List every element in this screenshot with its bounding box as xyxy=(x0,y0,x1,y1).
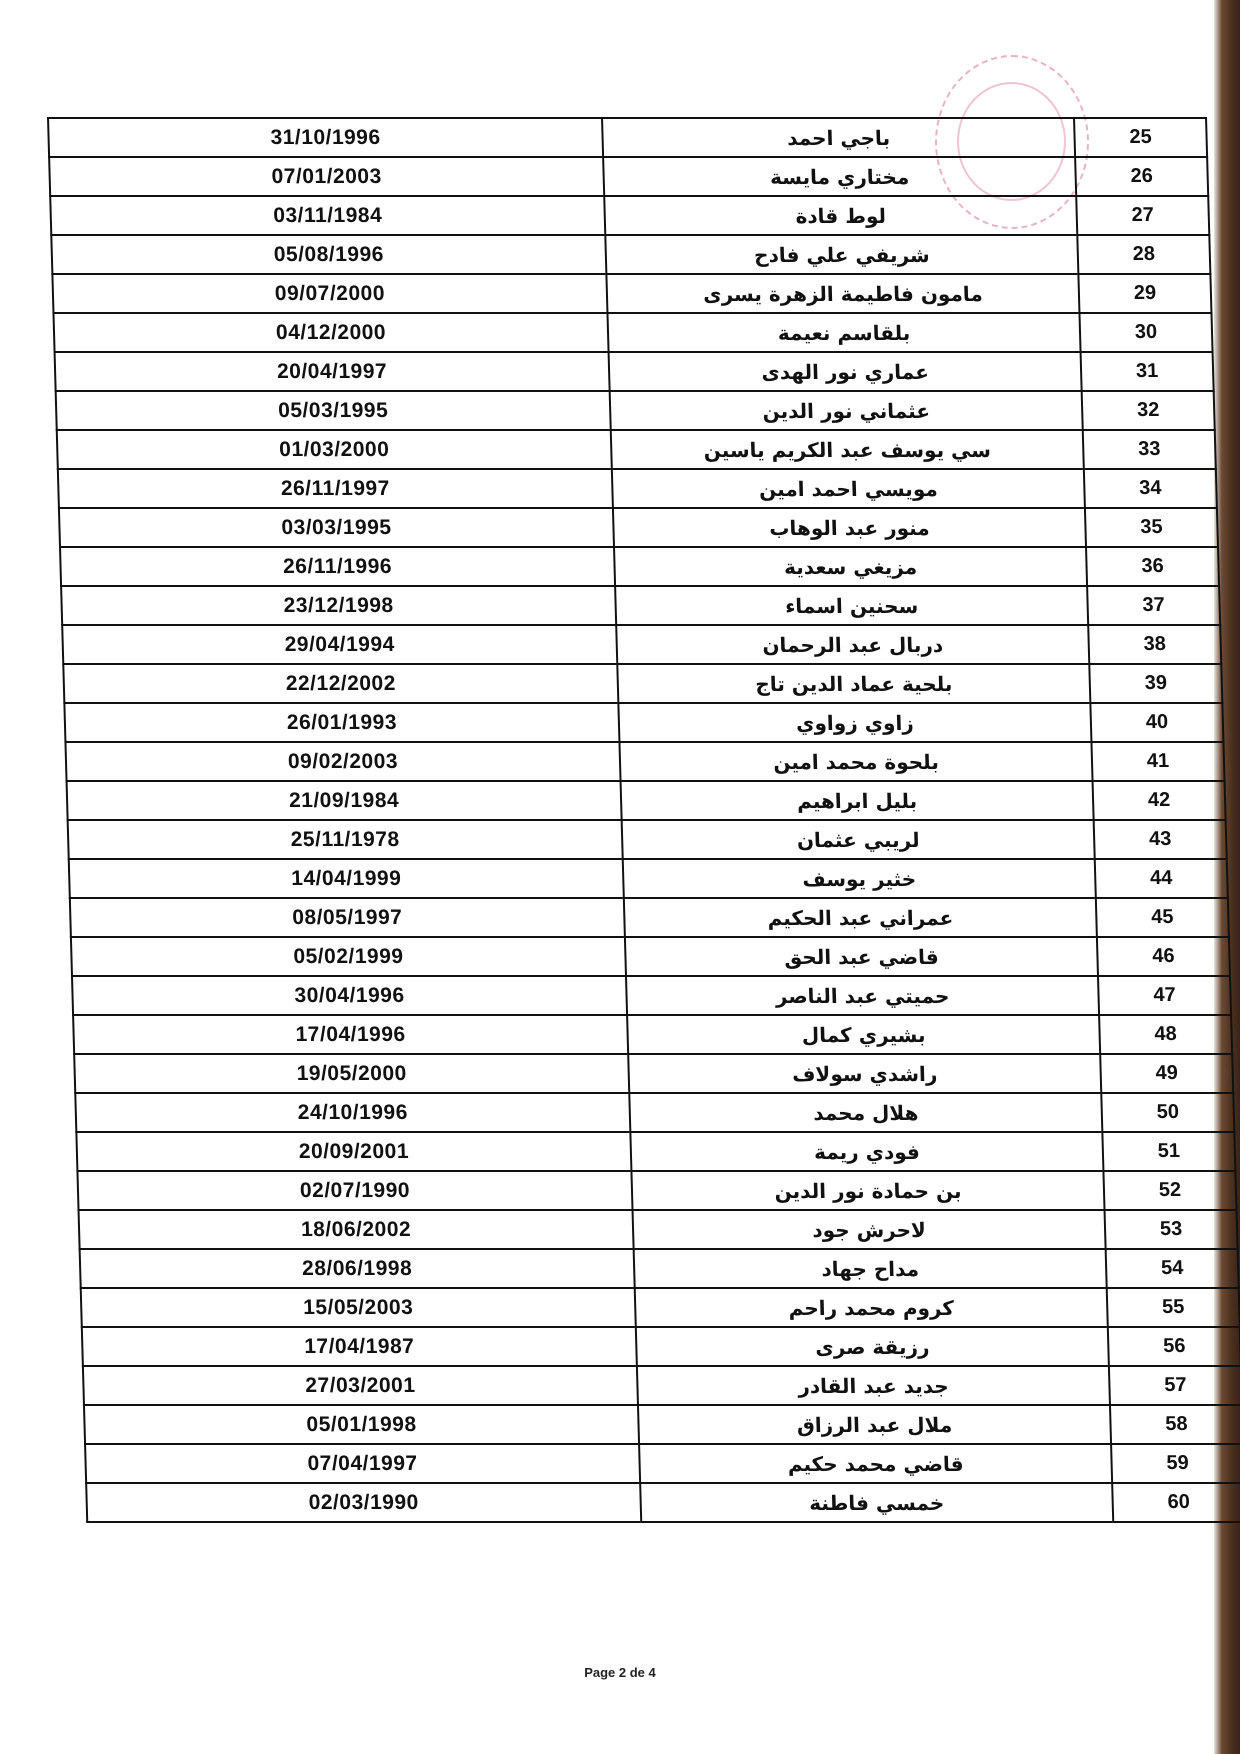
row-number: 42 xyxy=(1093,781,1226,820)
table-row: 42بليل ابراهيم21/09/1984 xyxy=(67,781,1226,820)
row-number: 36 xyxy=(1086,547,1219,586)
table-row: 31عماري نور الهدى20/04/1997 xyxy=(55,352,1214,391)
table-row: 58ملال عبد الرزاق05/01/1998 xyxy=(84,1405,1240,1444)
birth-date: 03/03/1995 xyxy=(59,508,614,547)
page-footer: Page 2 de 4 xyxy=(0,1665,1240,1680)
table-row: 57جديد عبد القادر27/03/2001 xyxy=(83,1366,1240,1405)
person-name: سي يوسف عبد الكريم ياسين xyxy=(611,430,1084,469)
birth-date: 05/08/1996 xyxy=(51,235,606,274)
birth-date: 20/04/1997 xyxy=(55,352,610,391)
row-number: 41 xyxy=(1091,742,1224,781)
person-name: حميتي عبد الناصر xyxy=(626,976,1099,1015)
person-name: خمسي فاطنة xyxy=(640,1483,1113,1522)
person-name: رزيقة صرى xyxy=(636,1327,1109,1366)
table-row: 35منور عبد الوهاب03/03/1995 xyxy=(59,508,1218,547)
row-number: 27 xyxy=(1076,196,1209,235)
person-name: مختاري مايسة xyxy=(603,157,1076,196)
row-number: 39 xyxy=(1089,664,1222,703)
row-number: 56 xyxy=(1108,1327,1240,1366)
names-table: 25باجي احمد31/10/199626مختاري مايسة07/01… xyxy=(47,117,1240,1523)
table-row: 50هلال محمد24/10/1996 xyxy=(75,1093,1234,1132)
row-number: 53 xyxy=(1105,1210,1238,1249)
row-number: 43 xyxy=(1094,820,1227,859)
row-number: 30 xyxy=(1079,313,1212,352)
person-name: عمراني عبد الحكيم xyxy=(624,898,1097,937)
birth-date: 23/12/1998 xyxy=(61,586,616,625)
table-row: 36مزيغي سعدية26/11/1996 xyxy=(60,547,1219,586)
row-number: 25 xyxy=(1074,118,1207,157)
table-row: 37سحنين اسماء23/12/1998 xyxy=(61,586,1220,625)
row-number: 37 xyxy=(1087,586,1220,625)
table-row: 46قاضي عبد الحق05/02/1999 xyxy=(71,937,1230,976)
person-name: قاضي محمد حكيم xyxy=(639,1444,1112,1483)
row-number: 44 xyxy=(1095,859,1228,898)
person-name: خثير يوسف xyxy=(623,859,1096,898)
row-number: 28 xyxy=(1077,235,1210,274)
birth-date: 02/07/1990 xyxy=(77,1171,632,1210)
person-name: دربال عبد الرحمان xyxy=(616,625,1089,664)
person-name: بشيري كمال xyxy=(627,1015,1100,1054)
birth-date: 09/02/2003 xyxy=(65,742,620,781)
table-row: 40زاوي زواوي26/01/1993 xyxy=(64,703,1223,742)
row-number: 49 xyxy=(1100,1054,1233,1093)
table-row: 45عمراني عبد الحكيم08/05/1997 xyxy=(70,898,1229,937)
birth-date: 07/01/2003 xyxy=(49,157,604,196)
table-row: 59قاضي محمد حكيم07/04/1997 xyxy=(85,1444,1240,1483)
birth-date: 08/05/1997 xyxy=(70,898,625,937)
person-name: بلحية عماد الدين تاج xyxy=(617,664,1090,703)
person-name: لوط قادة xyxy=(604,196,1077,235)
row-number: 26 xyxy=(1075,157,1208,196)
table-row: 54مداح جهاد28/06/1998 xyxy=(80,1249,1239,1288)
birth-date: 28/06/1998 xyxy=(80,1249,635,1288)
table-row: 41بلحوة محمد امين09/02/2003 xyxy=(65,742,1224,781)
birth-date: 03/11/1984 xyxy=(50,196,605,235)
row-number: 59 xyxy=(1111,1444,1240,1483)
birth-date: 27/03/2001 xyxy=(83,1366,638,1405)
birth-date: 25/11/1978 xyxy=(68,820,623,859)
person-name: عثماني نور الدين xyxy=(610,391,1083,430)
birth-date: 21/09/1984 xyxy=(67,781,622,820)
person-name: كروم محمد راحم xyxy=(635,1288,1108,1327)
birth-date: 01/03/2000 xyxy=(57,430,612,469)
person-name: ملال عبد الرزاق xyxy=(638,1405,1111,1444)
row-number: 54 xyxy=(1106,1249,1239,1288)
birth-date: 15/05/2003 xyxy=(81,1288,636,1327)
person-name: عماري نور الهدى xyxy=(609,352,1082,391)
names-table-body: 25باجي احمد31/10/199626مختاري مايسة07/01… xyxy=(48,118,1240,1522)
birth-date: 30/04/1996 xyxy=(72,976,627,1015)
birth-date: 02/03/1990 xyxy=(86,1483,641,1522)
row-number: 32 xyxy=(1082,391,1215,430)
person-name: شريفي علي فادح xyxy=(605,235,1078,274)
row-number: 58 xyxy=(1110,1405,1240,1444)
names-table-container: 25باجي احمد31/10/199626مختاري مايسة07/01… xyxy=(47,117,1240,1523)
person-name: فودي ريمة xyxy=(630,1132,1103,1171)
person-name: سحنين اسماء xyxy=(615,586,1088,625)
row-number: 47 xyxy=(1098,976,1231,1015)
birth-date: 05/01/1998 xyxy=(84,1405,639,1444)
birth-date: 05/03/1995 xyxy=(56,391,611,430)
table-row: 56رزيقة صرى17/04/1987 xyxy=(82,1327,1240,1366)
birth-date: 31/10/1996 xyxy=(48,118,603,157)
birth-date: 09/07/2000 xyxy=(52,274,607,313)
row-number: 33 xyxy=(1083,430,1216,469)
table-row: 28شريفي علي فادح05/08/1996 xyxy=(51,235,1210,274)
table-row: 53لاحرش جود18/06/2002 xyxy=(79,1210,1238,1249)
table-row: 32عثماني نور الدين05/03/1995 xyxy=(56,391,1215,430)
person-name: باجي احمد xyxy=(602,118,1075,157)
table-row: 25باجي احمد31/10/1996 xyxy=(48,118,1207,157)
birth-date: 17/04/1996 xyxy=(73,1015,628,1054)
person-name: هلال محمد xyxy=(629,1093,1102,1132)
person-name: زاوي زواوي xyxy=(618,703,1091,742)
table-row: 39بلحية عماد الدين تاج22/12/2002 xyxy=(63,664,1222,703)
table-row: 38دربال عبد الرحمان29/04/1994 xyxy=(62,625,1221,664)
row-number: 38 xyxy=(1088,625,1221,664)
person-name: منور عبد الوهاب xyxy=(613,508,1086,547)
birth-date: 29/04/1994 xyxy=(62,625,617,664)
person-name: قاضي عبد الحق xyxy=(625,937,1098,976)
birth-date: 17/04/1987 xyxy=(82,1327,637,1366)
birth-date: 05/02/1999 xyxy=(71,937,626,976)
birth-date: 26/11/1996 xyxy=(60,547,615,586)
person-name: بلحوة محمد امين xyxy=(619,742,1092,781)
row-number: 51 xyxy=(1102,1132,1235,1171)
birth-date: 14/04/1999 xyxy=(69,859,624,898)
table-row: 30بلقاسم نعيمة04/12/2000 xyxy=(53,313,1212,352)
birth-date: 22/12/2002 xyxy=(63,664,618,703)
table-row: 47حميتي عبد الناصر30/04/1996 xyxy=(72,976,1231,1015)
person-name: لريبي عثمان xyxy=(622,820,1095,859)
table-row: 34مويسي احمد امين26/11/1997 xyxy=(58,469,1217,508)
birth-date: 26/11/1997 xyxy=(58,469,613,508)
table-row: 49راشدي سولاف19/05/2000 xyxy=(74,1054,1233,1093)
person-name: جديد عبد القادر xyxy=(637,1366,1110,1405)
row-number: 40 xyxy=(1090,703,1223,742)
table-row: 55كروم محمد راحم15/05/2003 xyxy=(81,1288,1240,1327)
person-name: بليل ابراهيم xyxy=(621,781,1094,820)
row-number: 50 xyxy=(1101,1093,1234,1132)
row-number: 48 xyxy=(1099,1015,1232,1054)
row-number: 45 xyxy=(1096,898,1229,937)
person-name: مداح جهاد xyxy=(634,1249,1107,1288)
table-row: 48بشيري كمال17/04/1996 xyxy=(73,1015,1232,1054)
row-number: 55 xyxy=(1107,1288,1240,1327)
person-name: مويسي احمد امين xyxy=(612,469,1085,508)
table-row: 29مامون فاطيمة الزهرة يسرى09/07/2000 xyxy=(52,274,1211,313)
birth-date: 04/12/2000 xyxy=(53,313,608,352)
row-number: 57 xyxy=(1109,1366,1240,1405)
person-name: مزيغي سعدية xyxy=(614,547,1087,586)
table-row: 43لريبي عثمان25/11/1978 xyxy=(68,820,1227,859)
table-row: 26مختاري مايسة07/01/2003 xyxy=(49,157,1208,196)
row-number: 31 xyxy=(1081,352,1214,391)
table-row: 33سي يوسف عبد الكريم ياسين01/03/2000 xyxy=(57,430,1216,469)
person-name: راشدي سولاف xyxy=(628,1054,1101,1093)
table-row: 52بن حمادة نور الدين02/07/1990 xyxy=(77,1171,1236,1210)
person-name: لاحرش جود xyxy=(633,1210,1106,1249)
birth-date: 19/05/2000 xyxy=(74,1054,629,1093)
row-number: 29 xyxy=(1078,274,1211,313)
birth-date: 24/10/1996 xyxy=(75,1093,630,1132)
table-row: 60خمسي فاطنة02/03/1990 xyxy=(86,1483,1240,1522)
person-name: بلقاسم نعيمة xyxy=(607,313,1080,352)
table-row: 51فودي ريمة20/09/2001 xyxy=(76,1132,1235,1171)
birth-date: 26/01/1993 xyxy=(64,703,619,742)
row-number: 60 xyxy=(1112,1483,1240,1522)
birth-date: 07/04/1997 xyxy=(85,1444,640,1483)
row-number: 35 xyxy=(1085,508,1218,547)
person-name: مامون فاطيمة الزهرة يسرى xyxy=(606,274,1079,313)
table-row: 27لوط قادة03/11/1984 xyxy=(50,196,1209,235)
row-number: 46 xyxy=(1097,937,1230,976)
person-name: بن حمادة نور الدين xyxy=(631,1171,1104,1210)
table-row: 44خثير يوسف14/04/1999 xyxy=(69,859,1228,898)
row-number: 34 xyxy=(1084,469,1217,508)
birth-date: 18/06/2002 xyxy=(79,1210,634,1249)
row-number: 52 xyxy=(1103,1171,1236,1210)
birth-date: 20/09/2001 xyxy=(76,1132,631,1171)
